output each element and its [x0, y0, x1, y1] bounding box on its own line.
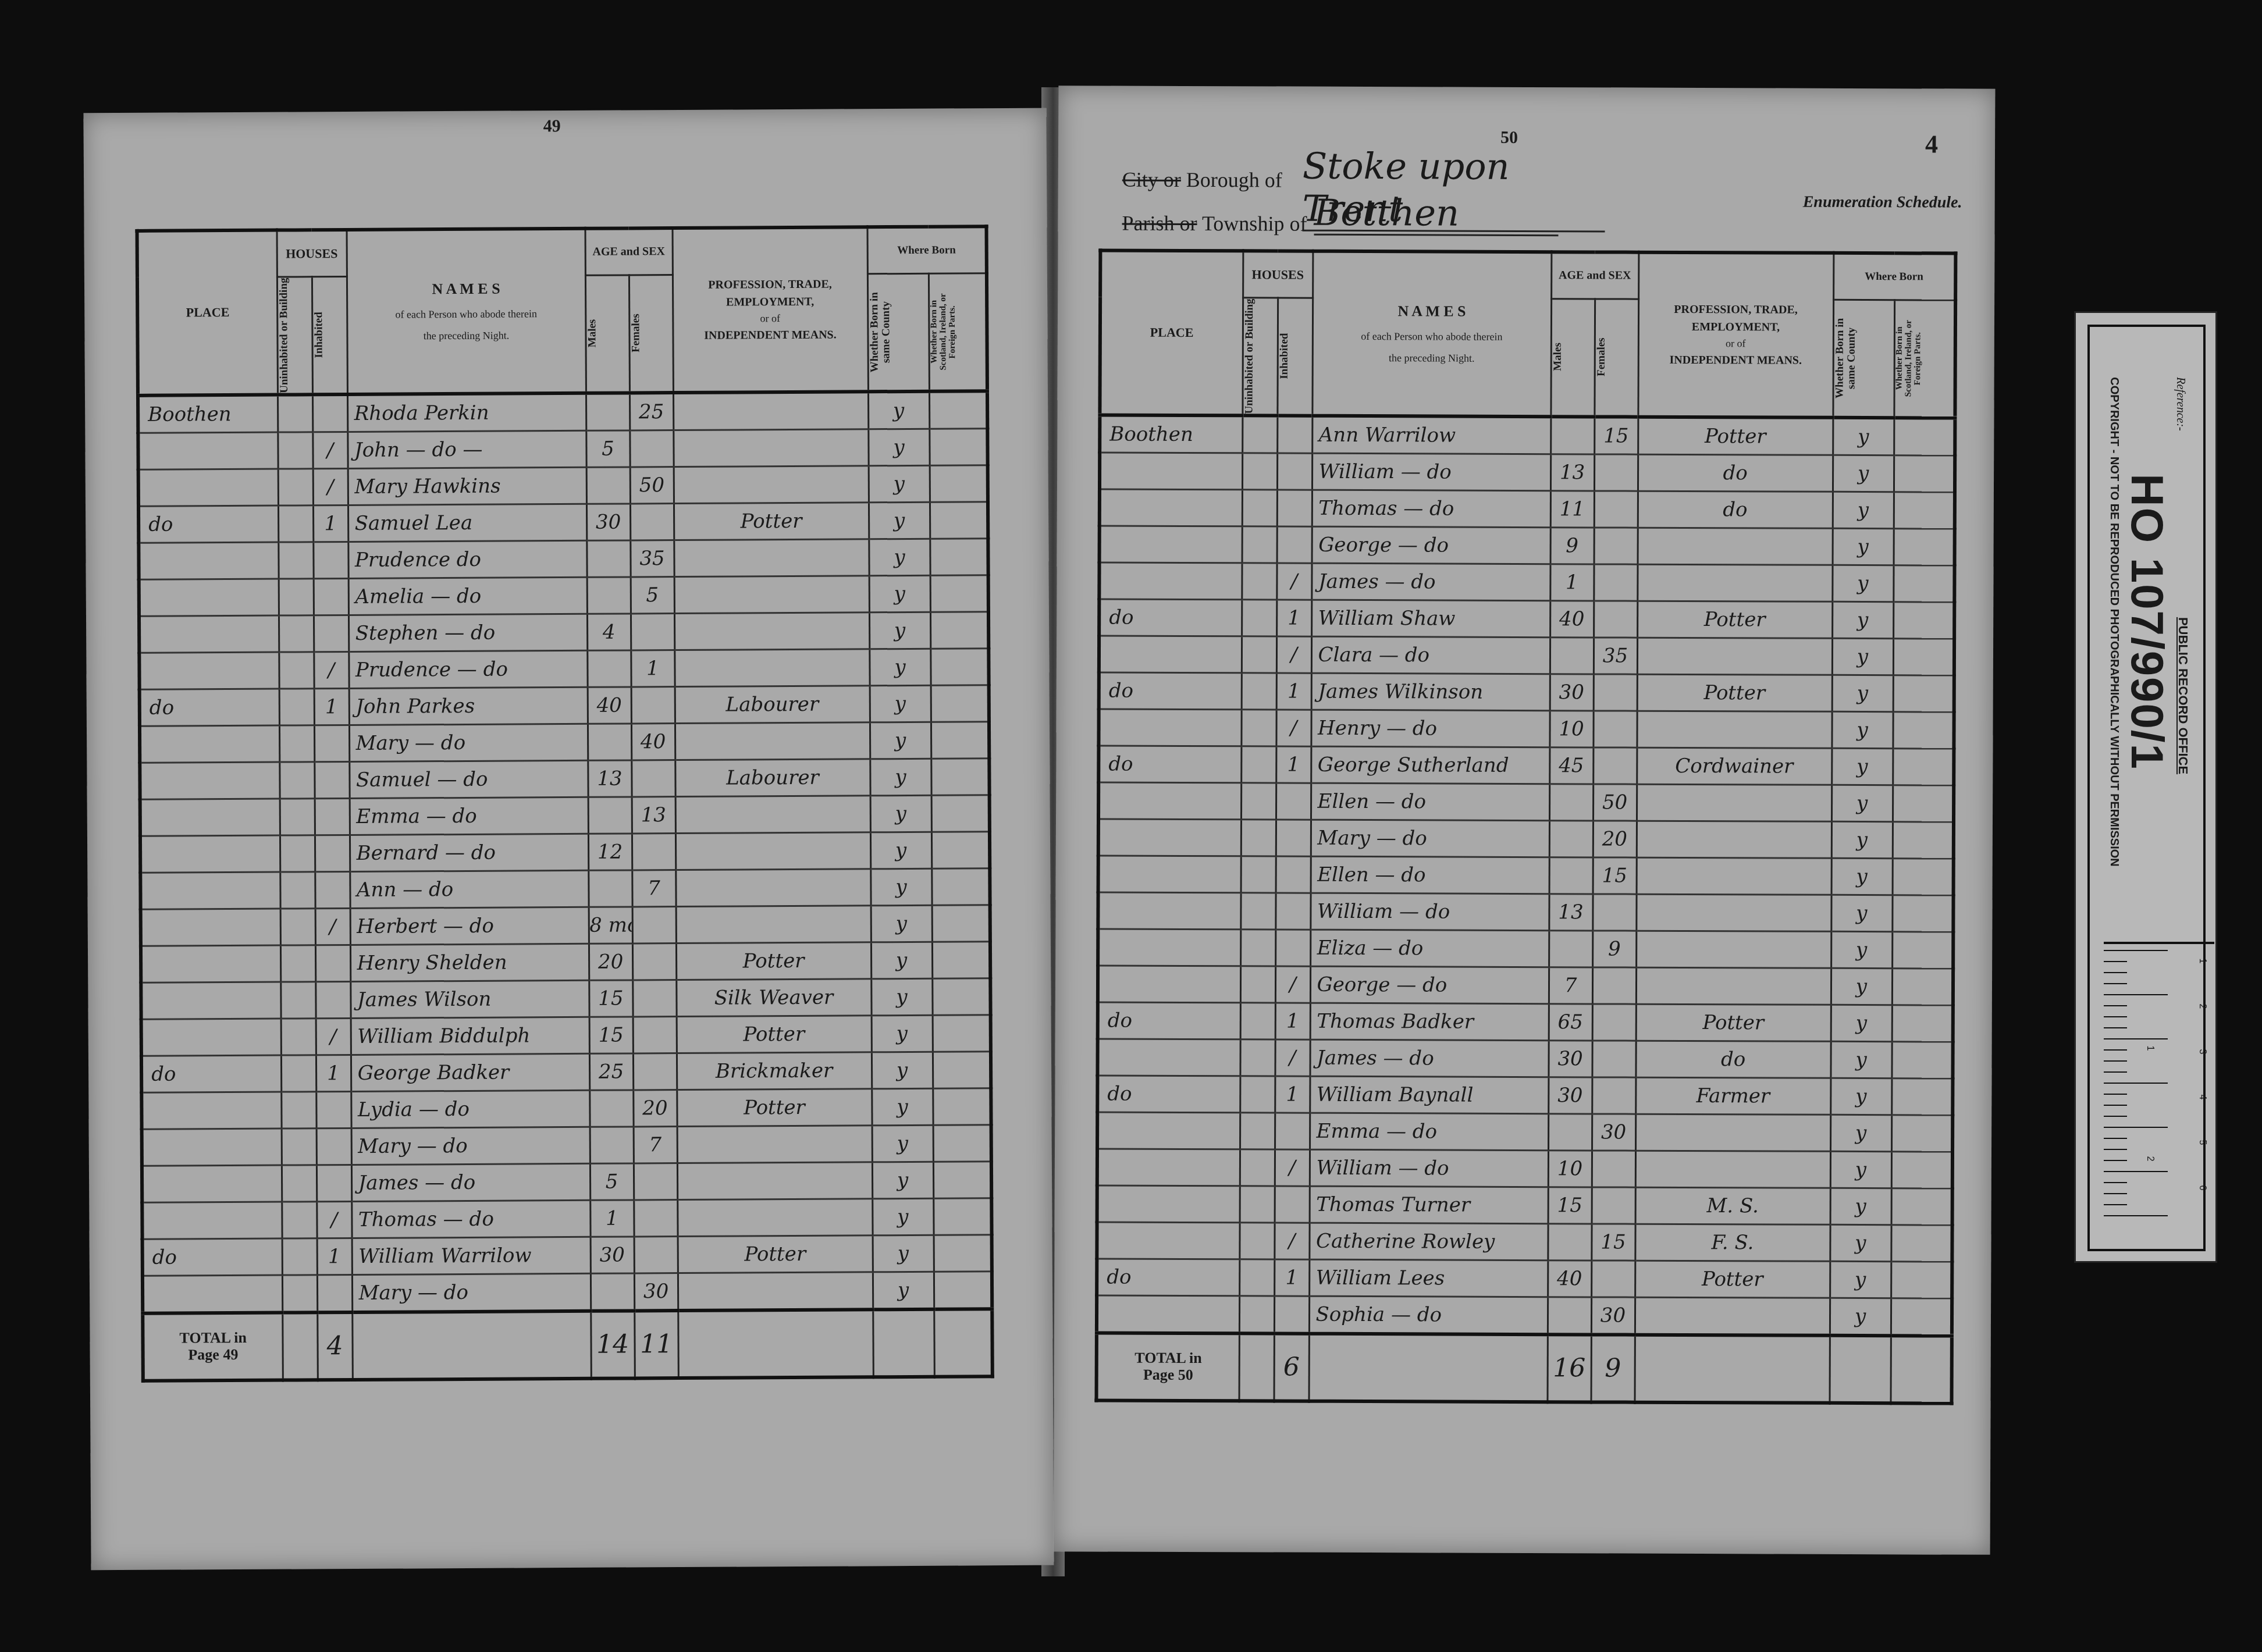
profession-cell [675, 795, 870, 833]
inhabited-cell [316, 1128, 351, 1165]
same-county-cell: y [1830, 1078, 1891, 1115]
township-value: Botthen [1314, 191, 1559, 236]
males-age-cell [1549, 784, 1593, 820]
profession-cell: Cordwainer [1637, 747, 1831, 785]
place-cell: do [143, 1238, 282, 1276]
table-row: William — do13y [1098, 892, 1953, 932]
name-cell: James — do [1310, 1039, 1548, 1077]
reference-card: Reference:- HO 107/990/1 COPYRIGHT - NOT… [2074, 311, 2217, 1263]
females-age-cell [631, 686, 675, 723]
uninhabited-cell [278, 542, 313, 578]
col-place: PLACE [137, 230, 278, 396]
uninhabited-cell [1242, 453, 1277, 489]
copyright-notice: COPYRIGHT - NOT TO BE REPRODUCED PHOTOGR… [2107, 377, 2120, 867]
males-age-cell [586, 393, 629, 430]
profession-cell [1636, 894, 1831, 931]
col-inhabited: Inhabited [313, 312, 325, 358]
uninhabited-cell [279, 578, 314, 615]
table-row: Prudence do35y [138, 538, 988, 579]
uninhabited-cell [1240, 1002, 1275, 1039]
table-row: Emma — do13y [140, 795, 990, 836]
table-row: do1William Lees40Pottery [1097, 1259, 1952, 1298]
uninhabited-cell [1242, 415, 1277, 453]
table-row: /George — do7y [1098, 966, 1953, 1005]
col-scotland-foreign: Whether Born in Scotland, Ireland, or Fo… [930, 285, 958, 378]
profession-line3: or of [674, 310, 867, 327]
name-cell: William Biddulph [351, 1017, 589, 1055]
profession-cell [675, 868, 870, 906]
same-county-cell: y [869, 539, 930, 576]
name-cell: Ann Warrilow [1312, 415, 1550, 454]
males-age-cell [589, 1090, 633, 1127]
place-cell [1098, 892, 1240, 930]
uninhabited-cell [1240, 1039, 1275, 1076]
inhabited-cell: / [313, 468, 348, 505]
same-county-cell: y [1831, 821, 1893, 858]
name-cell: Mary Hawkins [348, 467, 586, 505]
foreign-born-cell [930, 465, 988, 502]
name-cell: Samuel — do [349, 760, 588, 798]
foreign-born-cell [1893, 821, 1954, 858]
profession-cell: Potter [674, 502, 869, 540]
ruler-inch-label: 2 [2144, 1156, 2155, 1162]
col-scotland-foreign: Whether Born in Scotland, Ireland, or Fo… [1895, 312, 1923, 405]
females-age-cell [633, 1016, 677, 1053]
ruler-tick [2104, 1127, 2168, 1128]
name-cell: George Sutherland [1311, 746, 1549, 784]
ruler-tick [2104, 1215, 2168, 1216]
males-age-cell: 5 [590, 1163, 634, 1200]
name-cell: Mary — do [351, 1127, 590, 1165]
col-inhabited: Inhabited [1278, 333, 1290, 379]
same-county-cell: y [1832, 675, 1893, 711]
col-same-county: Whether Born in same County [869, 286, 892, 379]
females-age-cell [1594, 601, 1637, 638]
right-page: 50 4 Enumeration Schedule. City or Borou… [1054, 86, 1996, 1555]
inhabited-cell [314, 578, 348, 615]
foreign-born-cell [1893, 638, 1954, 675]
same-county-cell: y [1830, 1224, 1891, 1261]
same-county-cell: y [1832, 601, 1893, 638]
place-cell [1098, 819, 1241, 856]
table-row: Mary — do30y [143, 1271, 992, 1313]
uninhabited-cell [279, 651, 314, 688]
col-names: N A M E S of each Person who abode there… [347, 229, 586, 394]
same-county-cell: y [871, 978, 932, 1016]
name-cell: Ann — do [350, 870, 588, 908]
uninhabited-cell [278, 505, 313, 542]
females-age-cell [632, 943, 676, 980]
foreign-born-cell [932, 978, 990, 1015]
place-cell [138, 469, 278, 506]
profession-cell: Labourer [675, 759, 870, 796]
same-county-cell: y [870, 722, 931, 759]
name-cell: Prudence — do [348, 650, 587, 688]
col-females: Females [630, 314, 642, 353]
ruler-tick [2104, 972, 2127, 973]
place-cell [1099, 636, 1242, 673]
name-cell: George — do [1312, 526, 1550, 564]
males-age-cell: 65 [1549, 1003, 1592, 1040]
name-cell: James Wilson [350, 980, 589, 1018]
profession-cell [674, 649, 869, 686]
inhabited-cell [312, 394, 347, 432]
same-county-cell: y [868, 391, 929, 429]
foreign-born-cell [929, 391, 987, 429]
ruler-tick [2104, 1116, 2127, 1117]
foreign-born-cell [1894, 492, 1955, 528]
uninhabited-cell [282, 1165, 316, 1201]
females-age-cell: 20 [1593, 821, 1637, 857]
table-row: Sophia — do30y [1097, 1295, 1952, 1336]
place-cell [139, 579, 279, 616]
place-cell [1098, 966, 1240, 1003]
foreign-born-cell [929, 428, 987, 465]
place-cell: do [1099, 672, 1242, 710]
ruler-tick [2104, 1193, 2127, 1194]
table-row: BoothenAnn Warrilow15Pottery [1100, 415, 1955, 455]
same-county-cell: y [873, 1272, 934, 1309]
names-sub2: the preceding Night. [1313, 352, 1550, 365]
profession-cell [1637, 821, 1831, 858]
same-county-cell: y [1833, 418, 1894, 455]
inhabited-cell [1276, 856, 1311, 893]
same-county-cell: y [1830, 1188, 1891, 1224]
inhabited-cell: 1 [316, 1055, 351, 1091]
place-cell [1097, 1039, 1240, 1076]
profession-cell [673, 429, 868, 467]
profession-cell [1635, 1297, 1830, 1336]
ruler-tick [2104, 1060, 2127, 1062]
uninhabited-cell [281, 1091, 316, 1128]
uninhabited-cell [1239, 1222, 1274, 1259]
uninhabited-cell [1241, 819, 1276, 856]
females-age-cell [632, 906, 676, 943]
females-age-cell [1592, 1151, 1635, 1187]
same-county-cell: y [873, 1235, 934, 1272]
name-cell: George — do [1310, 966, 1549, 1003]
table-row: Stephen — do4y [139, 611, 988, 653]
ruler-tick [2104, 1094, 2127, 1095]
uninhabited-cell [1242, 672, 1276, 709]
table-row: Lydia — do20Pottery [141, 1088, 991, 1129]
table-row: Amelia — do5y [139, 575, 988, 616]
profession-cell: Potter [676, 942, 871, 980]
name-cell: Samuel Lea [348, 504, 586, 542]
col-where-born: Where Born [1833, 253, 1955, 300]
name-cell: Prudence do [348, 540, 586, 578]
males-age-cell: 40 [1548, 1260, 1591, 1297]
ruler-cm-label: 3 [2197, 1049, 2207, 1055]
profession-cell [675, 722, 870, 760]
census-rows-left: BoothenRhoda Perkin25y/John — do —5y/Mar… [138, 391, 992, 1313]
table-row: do1William Warrilow30Pottery [143, 1234, 992, 1276]
males-age-cell [588, 870, 632, 907]
same-county-cell: y [872, 1162, 933, 1199]
females-age-cell: 1 [631, 650, 674, 686]
inhabited-cell [314, 761, 349, 798]
place-cell: do [1097, 1076, 1240, 1113]
table-row: Bernard — do12y [140, 831, 990, 873]
uninhabited-cell [279, 615, 314, 651]
place-cell [1100, 526, 1242, 563]
foreign-born-cell [1893, 858, 1954, 895]
same-county-cell: y [872, 1198, 933, 1236]
total-males: 14 [591, 1311, 635, 1378]
office-name: PUBLIC RECORD OFFICE [2175, 617, 2190, 774]
uninhabited-cell [1240, 1185, 1275, 1222]
males-age-cell: 30 [1548, 1077, 1592, 1113]
females-age-cell: 50 [1593, 784, 1637, 821]
foreign-born-cell [1892, 1005, 1953, 1041]
inhabited-cell [315, 798, 350, 835]
foreign-born-cell [933, 1124, 991, 1162]
uninhabited-cell [282, 1274, 317, 1312]
inhabited-cell: 1 [317, 1238, 352, 1274]
uninhabited-cell [280, 798, 315, 835]
foreign-born-cell [1892, 895, 1953, 931]
measurement-ruler: 12345612 [2104, 942, 2214, 1235]
same-county-cell: y [871, 942, 932, 979]
uninhabited-cell [1240, 1076, 1275, 1112]
place-cell [140, 762, 279, 799]
place-cell [1097, 1112, 1240, 1149]
place-cell [142, 1165, 282, 1202]
females-age-cell: 15 [1591, 1224, 1635, 1261]
ruler-tick [2104, 1071, 2127, 1073]
females-age-cell [629, 430, 673, 467]
col-age-sex: AGE and SEX [1551, 252, 1638, 299]
ruler-tick [2104, 1027, 2127, 1028]
profession-cell [678, 1272, 873, 1310]
col-profession: PROFESSION, TRADE, EMPLOYMENT, or of IND… [1638, 252, 1833, 418]
profession-cell [673, 391, 868, 430]
males-age-cell: 1 [1550, 564, 1594, 600]
females-age-cell [1592, 1041, 1635, 1077]
ruler-tick [2104, 1182, 2127, 1183]
table-row: do1James Wilkinson30Pottery [1099, 672, 1954, 712]
same-county-cell: y [1832, 565, 1893, 601]
foreign-born-cell [932, 905, 990, 942]
same-county-cell: y [1831, 858, 1893, 895]
name-cell: William Shaw [1311, 600, 1550, 637]
males-age-cell: 13 [588, 760, 631, 797]
same-county-cell: y [872, 1088, 933, 1126]
total-label-line1: TOTAL in [144, 1330, 282, 1347]
total-males: 16 [1548, 1334, 1591, 1402]
females-age-cell: 7 [634, 1126, 677, 1163]
uninhabited-cell [281, 1018, 316, 1055]
inhabited-cell: 1 [1275, 1003, 1310, 1039]
table-row: /William — do10y [1097, 1149, 1952, 1188]
place-cell [141, 909, 280, 946]
profession-cell: Potter [677, 1015, 872, 1053]
name-cell: William Warrilow [352, 1237, 591, 1274]
col-profession: PROFESSION, TRADE, EMPLOYMENT, or of IND… [673, 227, 868, 392]
profession-cell [677, 1198, 872, 1236]
table-row: Henry Shelden20Pottery [141, 941, 990, 982]
ruler-tick [2104, 1049, 2127, 1051]
inhabited-cell: / [315, 908, 350, 945]
profession-cell [1637, 638, 1832, 675]
name-cell: Mary — do [349, 724, 588, 761]
ruler-cm-label: 4 [2197, 1095, 2207, 1100]
same-county-cell: y [1831, 968, 1892, 1005]
name-cell: Bernard — do [350, 834, 588, 871]
table-row: /James — do30doy [1097, 1039, 1952, 1078]
table-row: do1George Badker25Brickmakery [141, 1051, 991, 1092]
census-table-right: PLACE HOUSES N A M E S of each Person wh… [1095, 248, 1958, 1405]
same-county-cell: y [870, 685, 931, 722]
males-age-cell [1548, 1297, 1591, 1334]
borough-line: City or Borough of [1122, 168, 1282, 193]
same-county-cell: y [1832, 638, 1893, 675]
ruler-tick [2104, 1160, 2127, 1161]
table-row: Ellen — do50y [1098, 782, 1954, 822]
table-row: /William Biddulph15Pottery [141, 1014, 991, 1056]
col-houses: HOUSES [1243, 251, 1313, 297]
name-cell: Emma — do [350, 797, 588, 835]
foreign-born-cell [1891, 1298, 1952, 1336]
uninhabited-cell [282, 1201, 316, 1238]
place-cell [1098, 709, 1241, 746]
place-cell [138, 432, 278, 469]
table-row: Thomas — do11doy [1100, 489, 1955, 529]
name-cell: James Wilkinson [1311, 673, 1550, 710]
township-line: Parish or Township of [1122, 211, 1307, 236]
uninhabited-cell [1240, 1149, 1275, 1185]
females-age-cell [1592, 1077, 1635, 1114]
profession-cell: Potter [677, 1088, 872, 1126]
inhabited-cell: 1 [1275, 1076, 1310, 1113]
table-row: /Henry — do10y [1098, 709, 1954, 749]
total-label-line2: Page 49 [145, 1346, 282, 1363]
name-cell: William Baynall [1310, 1076, 1548, 1113]
inhabited-cell: 1 [314, 688, 349, 725]
females-age-cell [1593, 711, 1637, 747]
ruler-tick [2104, 1016, 2127, 1017]
uninhabited-cell [1240, 966, 1275, 1002]
name-cell: William Lees [1309, 1259, 1548, 1297]
township-label: Township of [1202, 212, 1307, 236]
same-county-cell: y [868, 429, 929, 466]
borough-label: Borough of [1186, 168, 1282, 192]
table-row: James — do5y [142, 1161, 991, 1202]
inhabited-cell [316, 1165, 351, 1201]
inhabited-cell [1275, 893, 1310, 930]
females-age-cell [632, 980, 676, 1016]
place-cell [1097, 1149, 1240, 1186]
same-county-cell: y [1830, 1041, 1891, 1078]
inhabited-cell [1275, 930, 1310, 966]
inhabited-cell [315, 871, 350, 908]
females-age-cell: 13 [632, 796, 675, 833]
total-label-line2: Page 50 [1098, 1366, 1239, 1383]
males-age-cell: 5 [586, 430, 629, 467]
inhabited-cell: / [1275, 1039, 1310, 1076]
ruler-cm-label: 1 [2197, 959, 2207, 964]
females-age-cell [634, 1236, 678, 1273]
place-cell [139, 615, 279, 653]
males-age-cell: 30 [586, 504, 630, 540]
ruler-cm-label: 6 [2197, 1185, 2207, 1191]
females-age-cell [634, 1199, 677, 1236]
females-age-cell: 30 [1591, 1297, 1635, 1335]
males-age-cell [1549, 857, 1593, 893]
inhabited-cell [317, 1274, 352, 1312]
males-age-cell [1548, 1223, 1591, 1260]
place-cell [141, 1092, 281, 1129]
table-row: do1John Parkes40Labourery [140, 685, 989, 726]
name-cell: John Parkes [349, 687, 588, 725]
inhabited-cell: / [312, 432, 347, 468]
males-age-cell: 4 [587, 614, 631, 650]
females-age-cell: 35 [1594, 638, 1637, 674]
table-row: Eliza — do9y [1098, 929, 1953, 969]
same-county-cell: y [1831, 785, 1893, 821]
profession-cell [1637, 857, 1831, 895]
females-age-cell [1594, 454, 1638, 491]
name-cell: Thomas — do [1312, 490, 1550, 527]
inhabited-cell [315, 835, 350, 871]
profession-cell: Potter [1635, 1261, 1830, 1298]
profession-cell [675, 832, 870, 870]
name-cell: Catherine Rowley [1309, 1223, 1548, 1260]
enumeration-schedule-label: Enumeration Schedule. [1803, 193, 1962, 212]
uninhabited-cell [1240, 929, 1275, 966]
schedule-number: 4 [1925, 129, 1938, 159]
profession-cell: do [1638, 454, 1833, 492]
ruler-tick [2104, 1038, 2168, 1039]
inhabited-cell: / [316, 1018, 351, 1055]
foreign-born-cell [1894, 528, 1955, 565]
foreign-born-cell [934, 1271, 992, 1309]
profession-cell: M. S. [1635, 1187, 1830, 1224]
profession-cell [674, 612, 869, 650]
females-age-cell [1591, 1261, 1635, 1297]
females-age-cell [1594, 528, 1638, 564]
place-cell [138, 542, 278, 579]
place-cell [1097, 1222, 1239, 1259]
profession-cell [676, 905, 871, 943]
same-county-cell: y [1830, 1151, 1891, 1188]
township-prefix-struck: Parish or [1122, 212, 1197, 235]
males-age-cell [1549, 820, 1593, 857]
inhabited-cell [316, 1091, 351, 1128]
foreign-born-cell [933, 1198, 991, 1235]
females-age-cell: 35 [630, 540, 674, 576]
profession-cell: Potter [1636, 1004, 1831, 1041]
foreign-born-cell [933, 1161, 991, 1198]
same-county-cell: y [1831, 931, 1892, 968]
same-county-cell: y [869, 649, 930, 686]
uninhabited-cell [1241, 746, 1276, 782]
foreign-born-cell [1891, 1224, 1952, 1261]
table-row: /John — do —5y [138, 428, 987, 469]
females-age-cell: 15 [1593, 857, 1637, 894]
uninhabited-cell [1242, 562, 1276, 599]
foreign-born-cell [1891, 1078, 1952, 1115]
table-row: BoothenRhoda Perkin25y [138, 391, 987, 433]
males-age-cell: 10 [1549, 710, 1593, 747]
ruler-tick [2104, 1105, 2127, 1106]
females-age-cell [1593, 747, 1637, 784]
profession-cell [1636, 967, 1831, 1005]
profession-cell: Potter [1637, 674, 1832, 711]
profession-line4: INDEPENDENT MEANS. [1639, 351, 1832, 369]
name-cell: Thomas — do [351, 1200, 590, 1238]
col-where-born: Where Born [867, 226, 987, 273]
